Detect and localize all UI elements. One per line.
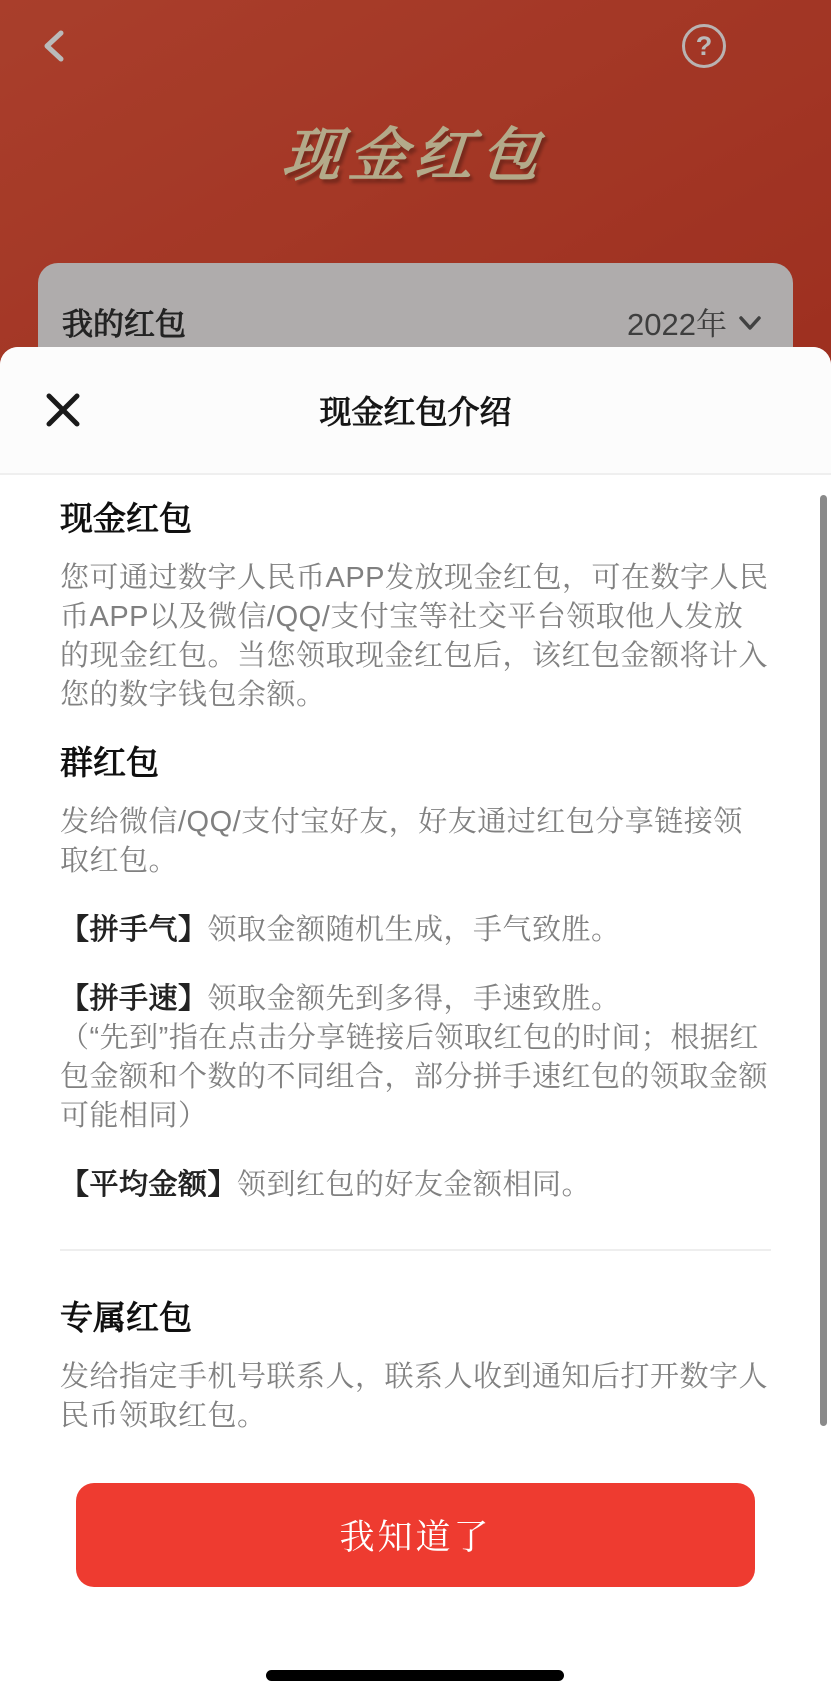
- mode-text-average: 领到红包的好友金额相同。: [237, 1169, 591, 1201]
- section-divider: [60, 1249, 771, 1251]
- section-heading-exclusive: 专属红包: [60, 1296, 771, 1340]
- sheet-title: 现金红包介绍: [0, 347, 831, 473]
- sheet-content: 现金红包 您可通过数字人民币APP发放现金红包，可在数字人民币APP以及微信/Q…: [0, 475, 831, 1587]
- mode-tag-luck: 【拼手气】: [60, 914, 208, 946]
- mode-note-speed: （“先到”指在点击分享链接后领取红包的时间；根据红包金额和个数的不同组合，部分拼…: [60, 1019, 771, 1136]
- group-mode-luck: 【拼手气】领取金额随机生成，手气致胜。: [60, 911, 771, 950]
- scrollbar-thumb[interactable]: [820, 495, 827, 1426]
- mode-tag-average: 【平均金额】: [60, 1169, 237, 1201]
- sheet-header: 现金红包介绍: [0, 347, 831, 475]
- section-body-cash: 您可通过数字人民币APP发放现金红包，可在数字人民币APP以及微信/QQ/支付宝…: [60, 559, 771, 715]
- group-mode-average: 【平均金额】领到红包的好友金额相同。: [60, 1166, 771, 1205]
- screen: ? 现金红包 我的红包 2022年: [0, 0, 831, 1696]
- section-heading-cash: 现金红包: [60, 497, 771, 541]
- home-indicator: [266, 1670, 564, 1681]
- section-body-exclusive: 发给指定手机号联系人，联系人收到通知后打开数字人民币领取红包。: [60, 1358, 771, 1436]
- mode-text-luck: 领取金额随机生成，手气致胜。: [208, 914, 621, 946]
- group-mode-speed: 【拼手速】领取金额先到多得，手速致胜。 （“先到”指在点击分享链接后领取红包的时…: [60, 980, 771, 1136]
- mode-text-speed: 领取金额先到多得，手速致胜。: [208, 983, 621, 1015]
- got-it-button[interactable]: 我知道了: [76, 1483, 755, 1587]
- section-body-group: 发给微信/QQ/支付宝好友，好友通过红包分享链接领取红包。: [60, 803, 771, 881]
- section-heading-group: 群红包: [60, 741, 771, 785]
- mode-tag-speed: 【拼手速】: [60, 983, 208, 1015]
- intro-bottom-sheet: 现金红包介绍 现金红包 您可通过数字人民币APP发放现金红包，可在数字人民币AP…: [0, 347, 831, 1696]
